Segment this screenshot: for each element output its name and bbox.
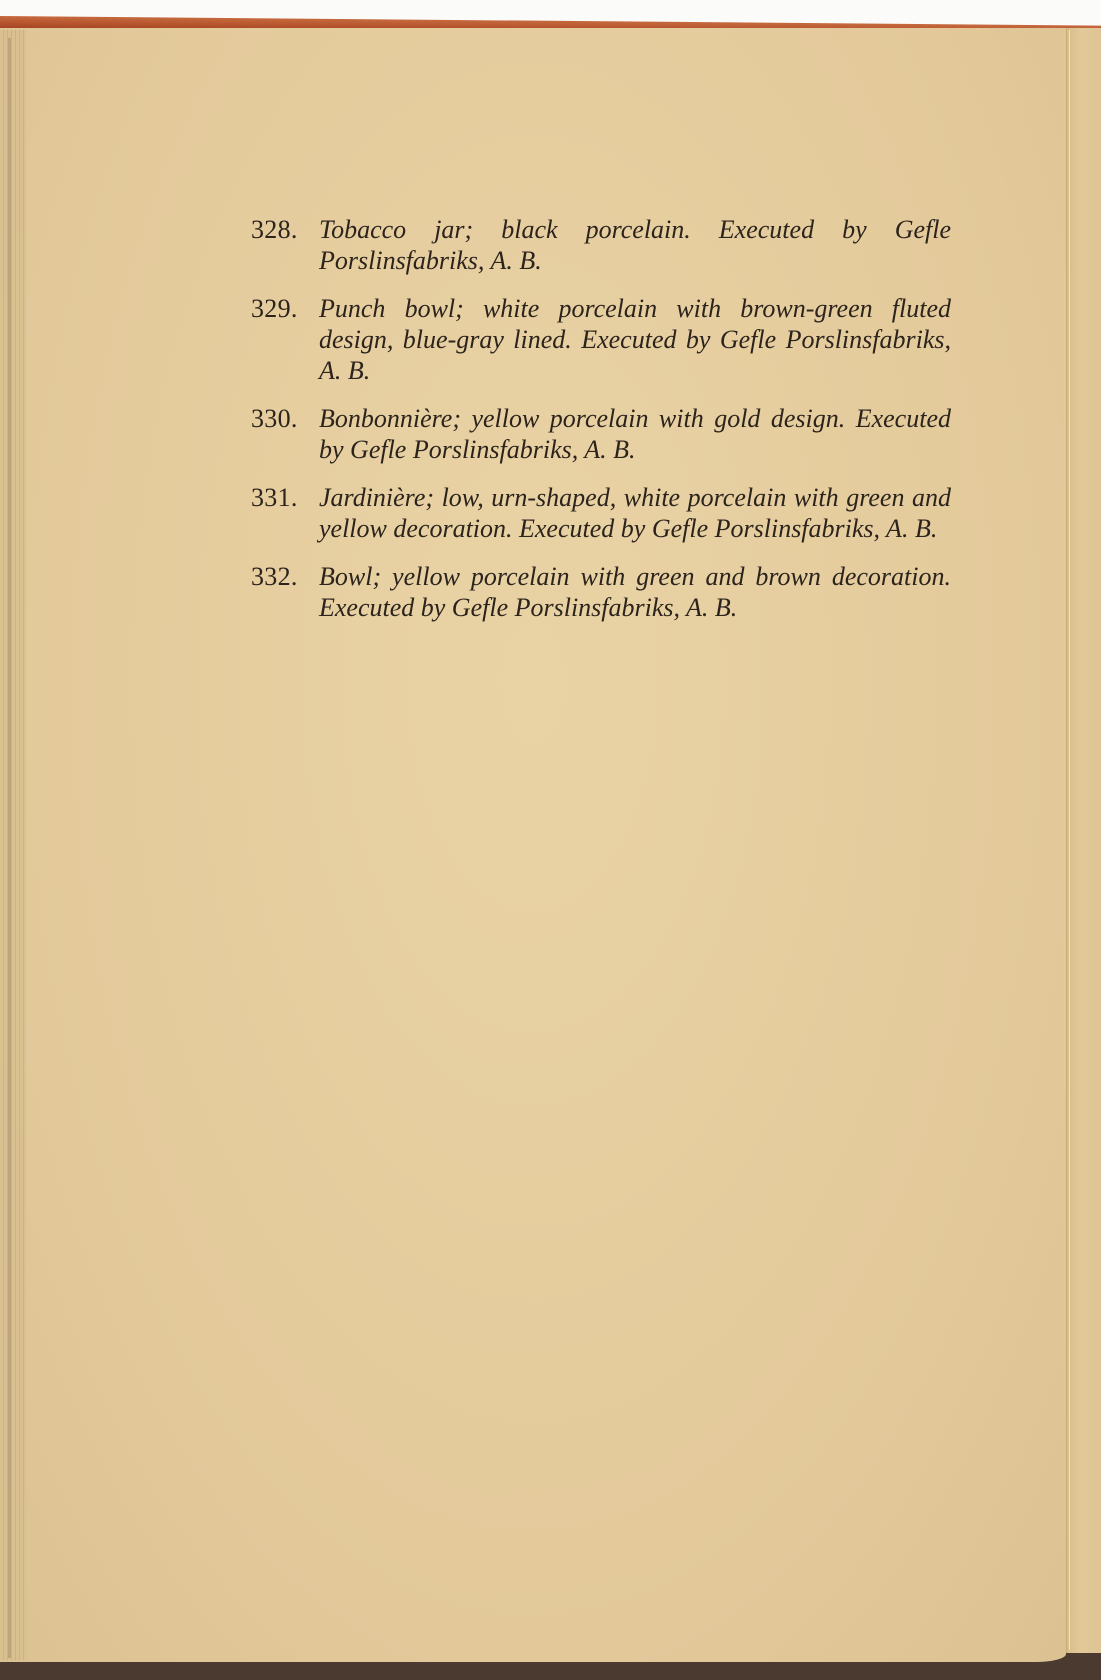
- entry-text: Bonbonnière; yellow porcelain with gold …: [319, 403, 951, 465]
- adjacent-page-leaf: [1066, 28, 1101, 1653]
- catalog-entry: 332. Bowl; yellow porcelain with green a…: [251, 561, 951, 623]
- page-fold-line: [1069, 30, 1070, 1650]
- catalog-entry: 330. Bonbonnière; yellow porcelain with …: [251, 403, 951, 465]
- entry-number: 331.: [251, 482, 319, 544]
- entry-text: Tobacco jar; black porcelain. Executed b…: [319, 214, 951, 276]
- catalog-entry: 329. Punch bowl; white porcelain with br…: [251, 293, 951, 386]
- entry-text: Jardinière; low, urn-shaped, white porce…: [319, 482, 951, 544]
- page-stack-edge: [0, 30, 26, 1660]
- entry-number: 328.: [251, 214, 319, 276]
- entry-number: 330.: [251, 403, 319, 465]
- entry-number: 332.: [251, 561, 319, 623]
- entry-text: Bowl; yellow porcelain with green and br…: [319, 561, 951, 623]
- entry-number: 329.: [251, 293, 319, 386]
- catalog-entry: 328. Tobacco jar; black porcelain. Execu…: [251, 214, 951, 276]
- entry-text: Punch bowl; white porcelain with brown-g…: [319, 293, 951, 386]
- catalog-entry: 331. Jardinière; low, urn-shaped, white …: [251, 482, 951, 544]
- gutter-line: [8, 38, 11, 1658]
- catalog-entries: 328. Tobacco jar; black porcelain. Execu…: [251, 214, 951, 640]
